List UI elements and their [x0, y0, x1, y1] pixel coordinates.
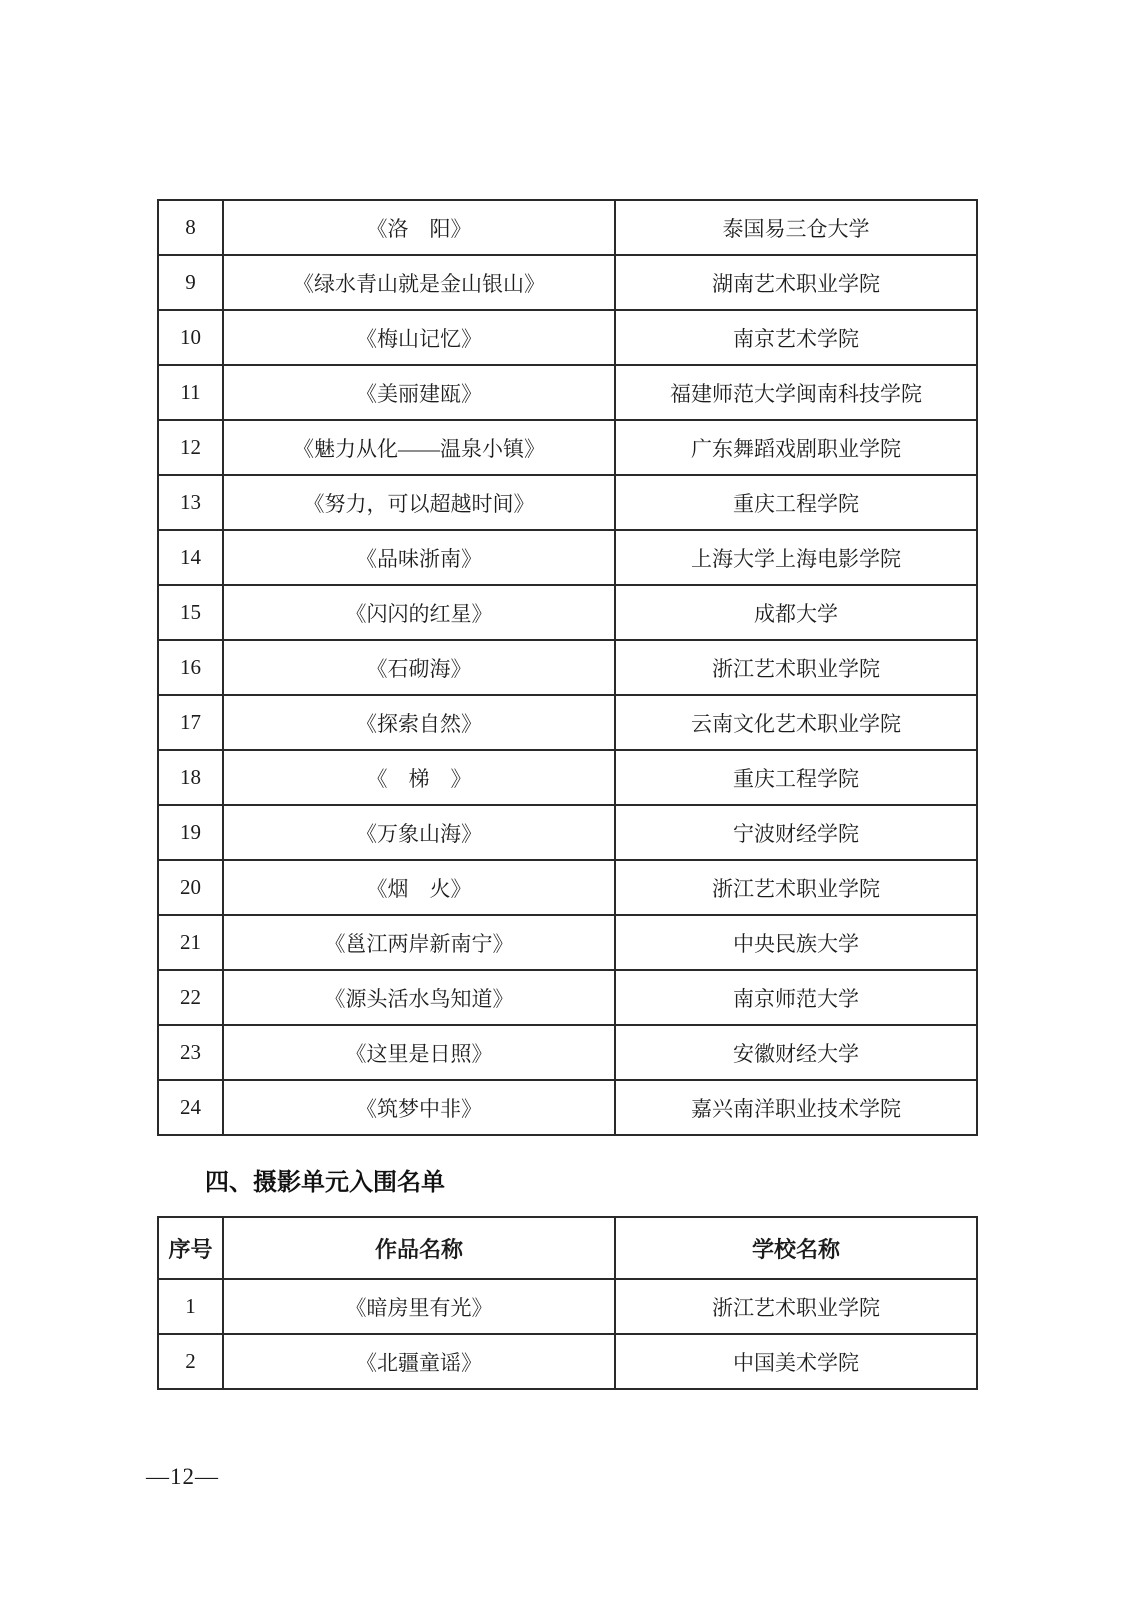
school-name: 上海大学上海电影学院 [615, 530, 977, 585]
photography-unit-table: 序号 作品名称 学校名称 1 《暗房里有光》 浙江艺术职业学院 2 《北疆童谣》… [157, 1216, 978, 1390]
table-row: 23 《这里是日照》 安徽财经大学 [158, 1025, 977, 1080]
work-title: 《源头活水鸟知道》 [223, 970, 615, 1025]
work-title: 《石砌海》 [223, 640, 615, 695]
school-name: 云南文化艺术职业学院 [615, 695, 977, 750]
work-title: 《绿水青山就是金山银山》 [223, 255, 615, 310]
school-name: 湖南艺术职业学院 [615, 255, 977, 310]
video-unit-table: 8 《洛 阳》 泰国易三仓大学 9 《绿水青山就是金山银山》 湖南艺术职业学院 … [157, 199, 978, 1136]
work-title: 《暗房里有光》 [223, 1279, 615, 1334]
row-number: 20 [158, 860, 223, 915]
table-row: 12 《魅力从化——温泉小镇》 广东舞蹈戏剧职业学院 [158, 420, 977, 475]
school-name: 福建师范大学闽南科技学院 [615, 365, 977, 420]
work-title: 《烟 火》 [223, 860, 615, 915]
table-row: 8 《洛 阳》 泰国易三仓大学 [158, 200, 977, 255]
header-serial-number: 序号 [158, 1217, 223, 1279]
row-number: 22 [158, 970, 223, 1025]
school-name: 浙江艺术职业学院 [615, 640, 977, 695]
school-name: 嘉兴南洋职业技术学院 [615, 1080, 977, 1135]
work-title: 《邕江两岸新南宁》 [223, 915, 615, 970]
work-title: 《洛 阳》 [223, 200, 615, 255]
row-number: 14 [158, 530, 223, 585]
row-number: 10 [158, 310, 223, 365]
header-work-title: 作品名称 [223, 1217, 615, 1279]
table-row: 20 《烟 火》 浙江艺术职业学院 [158, 860, 977, 915]
table-row: 10 《梅山记忆》 南京艺术学院 [158, 310, 977, 365]
school-name: 成都大学 [615, 585, 977, 640]
work-title: 《努力，可以超越时间》 [223, 475, 615, 530]
table-row: 15 《闪闪的红星》 成都大学 [158, 585, 977, 640]
row-number: 11 [158, 365, 223, 420]
table-header-row: 序号 作品名称 学校名称 [158, 1217, 977, 1279]
section-heading: 四、摄影单元入围名单 [205, 1166, 445, 1200]
table-row: 17 《探索自然》 云南文化艺术职业学院 [158, 695, 977, 750]
work-title: 《品味浙南》 [223, 530, 615, 585]
document-page: 8 《洛 阳》 泰国易三仓大学 9 《绿水青山就是金山银山》 湖南艺术职业学院 … [0, 0, 1131, 1600]
row-number: 1 [158, 1279, 223, 1334]
table-row: 14 《品味浙南》 上海大学上海电影学院 [158, 530, 977, 585]
work-title: 《这里是日照》 [223, 1025, 615, 1080]
row-number: 2 [158, 1334, 223, 1389]
table-row: 9 《绿水青山就是金山银山》 湖南艺术职业学院 [158, 255, 977, 310]
school-name: 安徽财经大学 [615, 1025, 977, 1080]
school-name: 宁波财经学院 [615, 805, 977, 860]
table-row: 13 《努力，可以超越时间》 重庆工程学院 [158, 475, 977, 530]
work-title: 《北疆童谣》 [223, 1334, 615, 1389]
table-row: 1 《暗房里有光》 浙江艺术职业学院 [158, 1279, 977, 1334]
table-row: 24 《筑梦中非》 嘉兴南洋职业技术学院 [158, 1080, 977, 1135]
school-name: 重庆工程学院 [615, 475, 977, 530]
work-title: 《筑梦中非》 [223, 1080, 615, 1135]
school-name: 广东舞蹈戏剧职业学院 [615, 420, 977, 475]
school-name: 南京师范大学 [615, 970, 977, 1025]
work-title: 《万象山海》 [223, 805, 615, 860]
table-row: 18 《 梯 》 重庆工程学院 [158, 750, 977, 805]
school-name: 重庆工程学院 [615, 750, 977, 805]
row-number: 19 [158, 805, 223, 860]
school-name: 浙江艺术职业学院 [615, 860, 977, 915]
row-number: 9 [158, 255, 223, 310]
row-number: 17 [158, 695, 223, 750]
table-row: 2 《北疆童谣》 中国美术学院 [158, 1334, 977, 1389]
row-number: 18 [158, 750, 223, 805]
row-number: 21 [158, 915, 223, 970]
work-title: 《美丽建瓯》 [223, 365, 615, 420]
row-number: 12 [158, 420, 223, 475]
work-title: 《 梯 》 [223, 750, 615, 805]
row-number: 24 [158, 1080, 223, 1135]
work-title: 《闪闪的红星》 [223, 585, 615, 640]
work-title: 《梅山记忆》 [223, 310, 615, 365]
table-row: 22 《源头活水鸟知道》 南京师范大学 [158, 970, 977, 1025]
school-name: 泰国易三仓大学 [615, 200, 977, 255]
school-name: 浙江艺术职业学院 [615, 1279, 977, 1334]
page-number: —12— [146, 1464, 219, 1490]
row-number: 16 [158, 640, 223, 695]
table-row: 16 《石砌海》 浙江艺术职业学院 [158, 640, 977, 695]
work-title: 《探索自然》 [223, 695, 615, 750]
row-number: 8 [158, 200, 223, 255]
row-number: 15 [158, 585, 223, 640]
table-row: 11 《美丽建瓯》 福建师范大学闽南科技学院 [158, 365, 977, 420]
school-name: 南京艺术学院 [615, 310, 977, 365]
row-number: 23 [158, 1025, 223, 1080]
table-row: 21 《邕江两岸新南宁》 中央民族大学 [158, 915, 977, 970]
table-row: 19 《万象山海》 宁波财经学院 [158, 805, 977, 860]
work-title: 《魅力从化——温泉小镇》 [223, 420, 615, 475]
school-name: 中央民族大学 [615, 915, 977, 970]
school-name: 中国美术学院 [615, 1334, 977, 1389]
row-number: 13 [158, 475, 223, 530]
header-school-name: 学校名称 [615, 1217, 977, 1279]
